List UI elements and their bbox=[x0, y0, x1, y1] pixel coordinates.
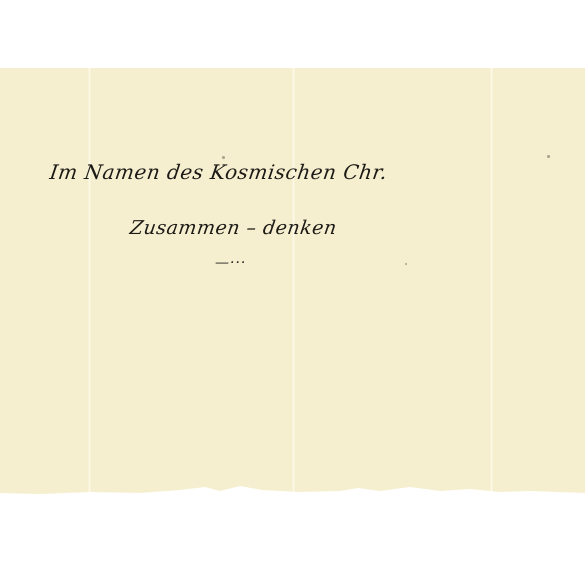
handwritten-line-1: Im Namen des Kosmischen Chr. bbox=[48, 160, 389, 184]
torn-edge bbox=[0, 485, 585, 499]
handwritten-dash-line: —··· bbox=[215, 255, 246, 271]
fold-line bbox=[88, 68, 91, 498]
ink-speck bbox=[547, 155, 550, 158]
fold-line bbox=[292, 68, 295, 498]
handwritten-line-2: Zusammen – denken bbox=[128, 217, 338, 239]
fold-line bbox=[490, 68, 493, 498]
ink-speck bbox=[405, 263, 407, 265]
ink-speck bbox=[222, 156, 225, 159]
paper-sheet bbox=[0, 68, 585, 498]
